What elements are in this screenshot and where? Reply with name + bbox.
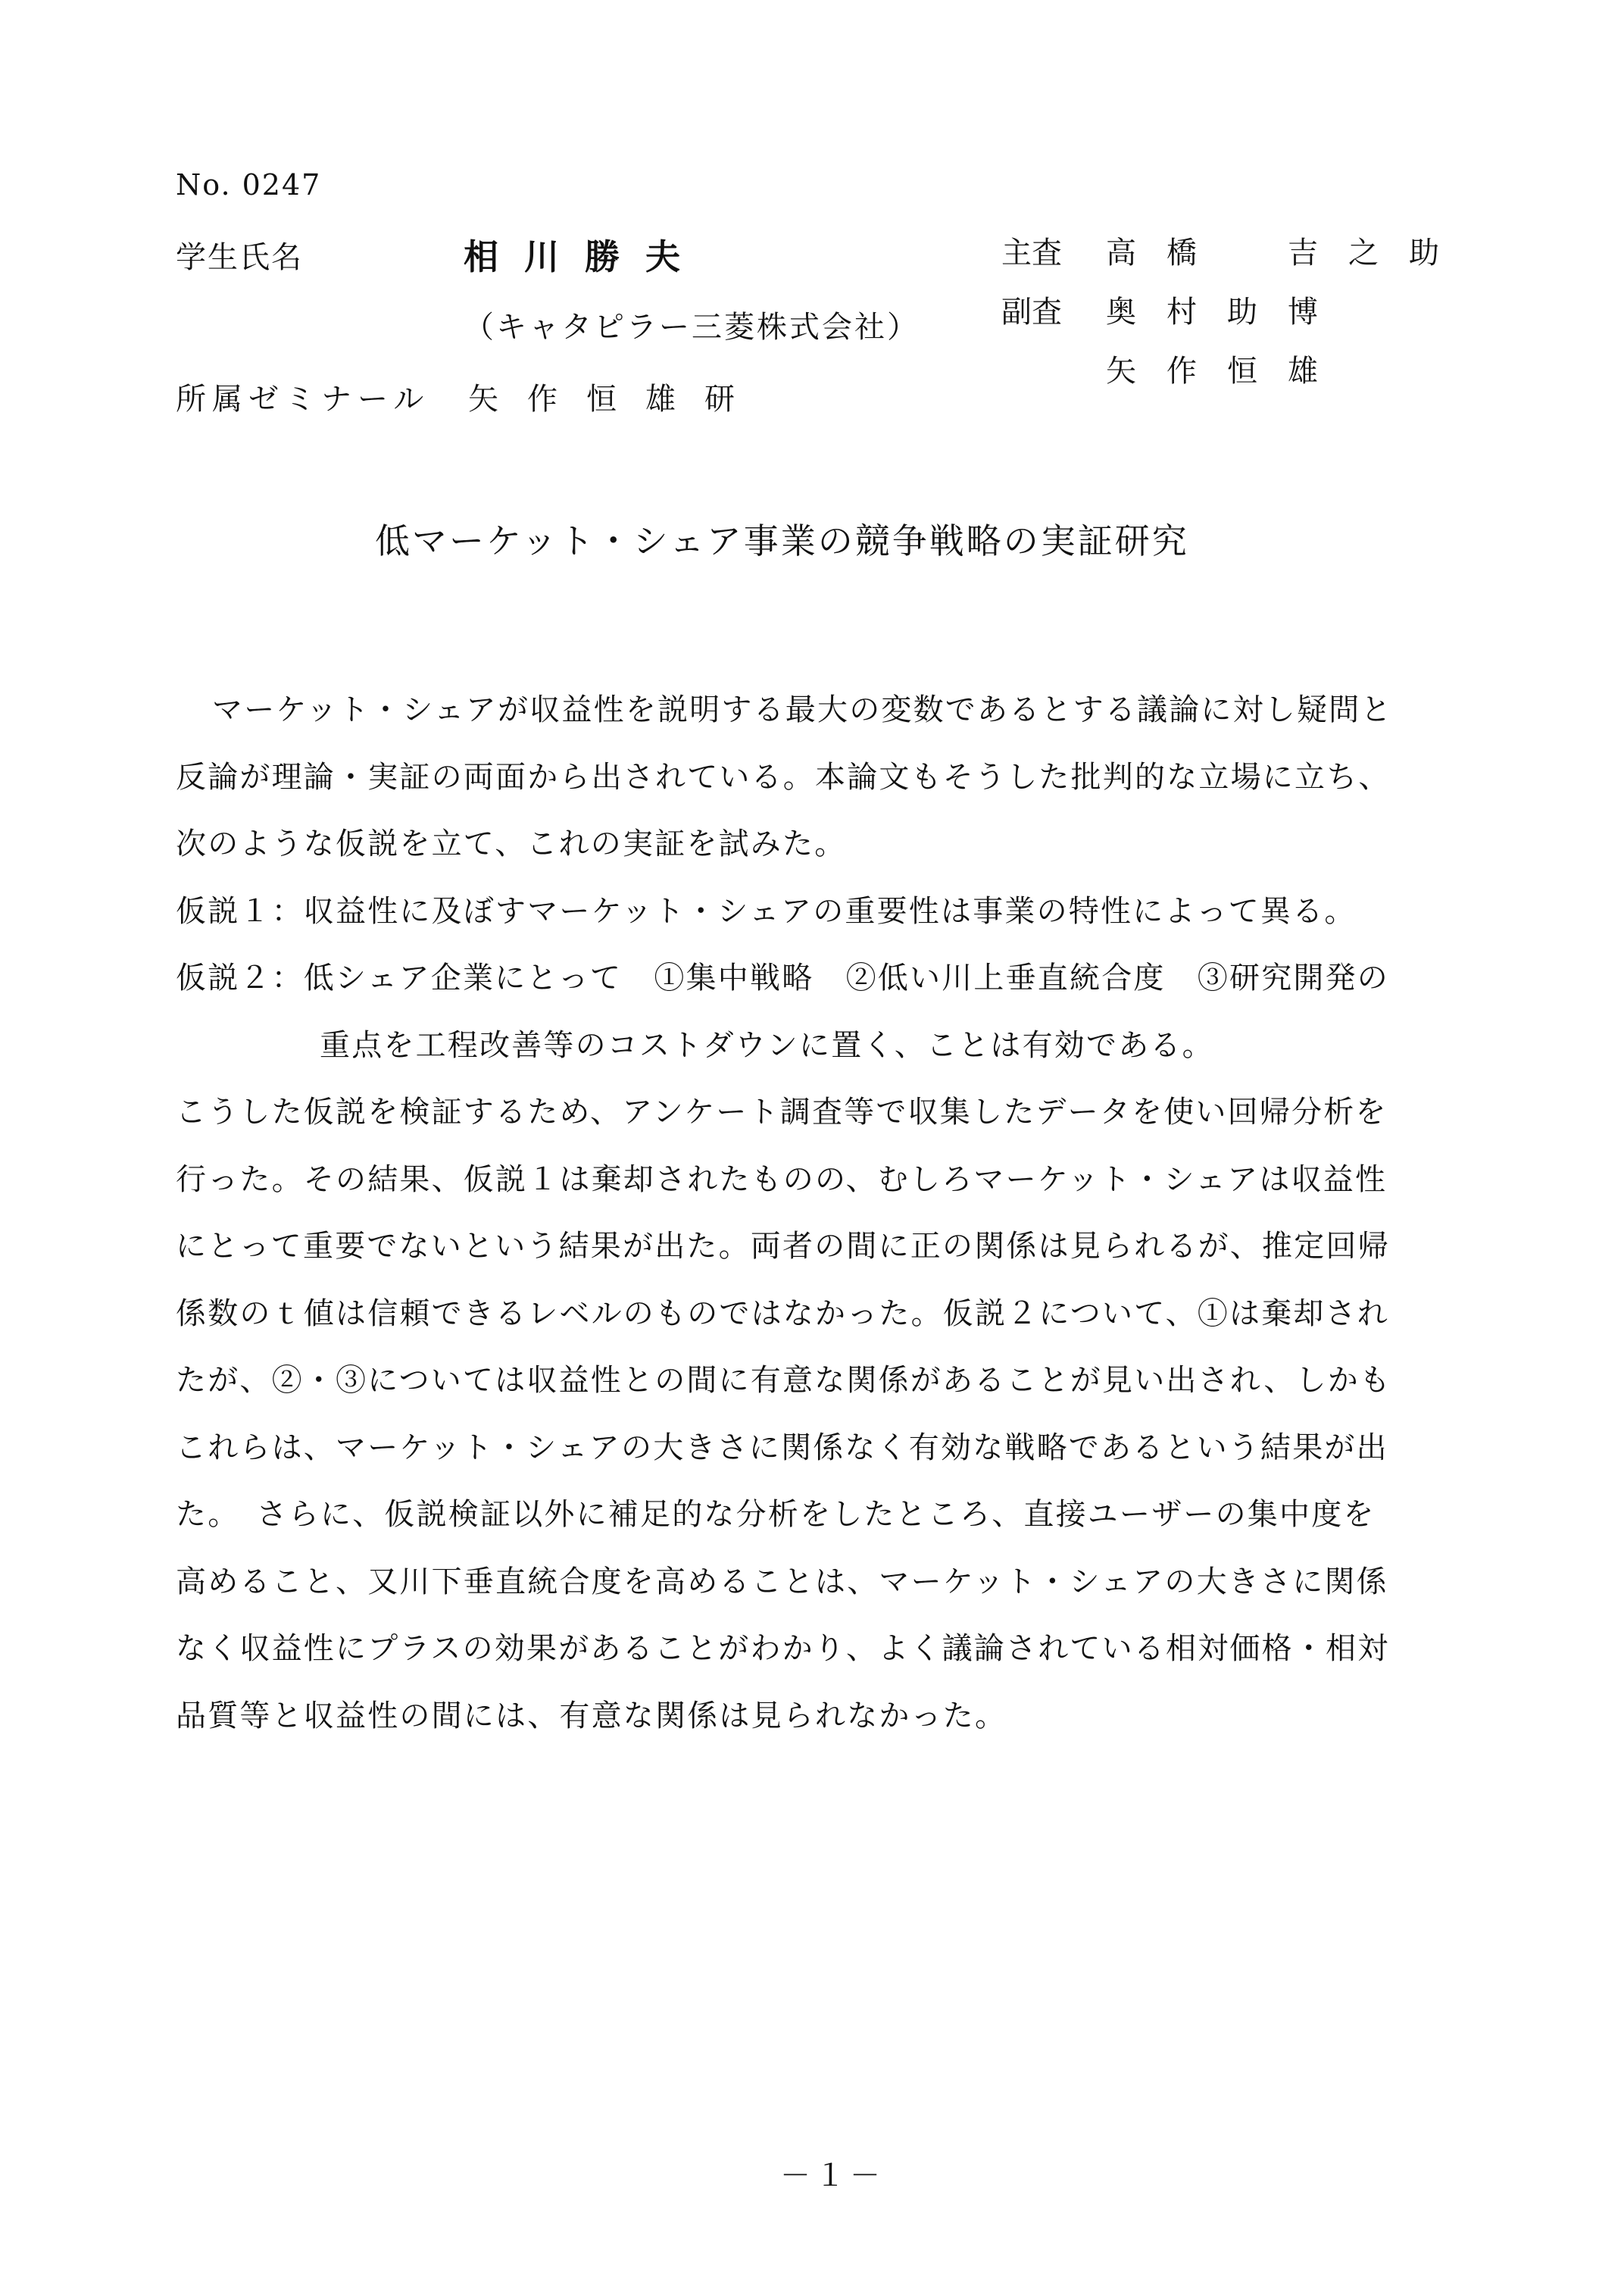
body-line: た。 さらに、仮説検証以外に補足的な分析をしたところ、直接ユーザーの集中度を — [176, 1481, 1524, 1549]
body-line: 係数のｔ値は信頼できるレベルのものではなかった。仮説２について、①は棄却され — [176, 1280, 1524, 1348]
student-name: 相川勝夫 — [464, 230, 706, 280]
document-number: No. 0247 — [176, 168, 321, 202]
hypothesis-2: 仮説２：低シェア企業にとって ①集中戦略 ②低い川上垂直統合度 ③研究開発の — [176, 945, 1524, 1012]
body-line: たが、②・③については収益性との間に有意な関係があることが見い出され、しかも — [176, 1347, 1524, 1414]
thesis-title: 低マーケット・シェア事業の競争戦略の実証研究 — [375, 514, 1189, 564]
hypothesis-1: 仮説１：収益性に及ぼすマーケット・シェアの重要性は事業の特性によって異る。 — [176, 878, 1524, 945]
body-line: マーケット・シェアが収益性を説明する最大の変数であるとする議論に対し疑問と — [176, 677, 1524, 744]
body-line: にとって重要でないという結果が出た。両者の間に正の関係は見られるが、推定回帰 — [176, 1213, 1524, 1280]
sub-examiner-name-2: 矢作恒雄 — [1106, 347, 1348, 390]
body-line: 行った。その結果、仮説１は棄却されたものの、むしろマーケット・シェアは収益性 — [176, 1146, 1524, 1214]
body-line: なく収益性にプラスの効果があることがわかり、よく議論されている相対価格・相対 — [176, 1615, 1524, 1683]
body-line: 反論が理論・実証の両面から出されている。本論文もそうした批判的な立場に立ち、 — [176, 744, 1524, 811]
body-line: 高めること、又川下垂直統合度を高めることは、マーケット・シェアの大きさに関係 — [176, 1549, 1524, 1616]
hypothesis-2-continued: 重点を工程改善等のコストダウンに置く、ことは有効である。 — [176, 1012, 1524, 1080]
abstract-body: マーケット・シェアが収益性を説明する最大の変数であるとする議論に対し疑問と 反論… — [176, 677, 1524, 1749]
student-company: （キャタピラー三菱株式会社） — [464, 303, 920, 346]
chief-examiner-label: 主査 — [1001, 229, 1062, 272]
body-line: これらは、マーケット・シェアの大きさに関係なく有効な戦略であるという結果が出 — [176, 1414, 1524, 1482]
body-line: 品質等と収益性の間には、有意な関係は見られなかった。 — [176, 1683, 1524, 1750]
student-name-label: 学生氏名 — [176, 233, 303, 277]
seminar-label: 所属ゼミナール — [176, 375, 429, 418]
seminar-value: 矢作恒雄研 — [468, 375, 764, 418]
sub-examiner-label: 副査 — [1001, 288, 1062, 331]
body-line: こうした仮説を検証するため、アンケート調査等で収集したデータを使い回帰分析を — [176, 1079, 1524, 1146]
body-line: 次のような仮説を立て、これの実証を試みた。 — [176, 811, 1524, 878]
page-number: －１－ — [780, 2152, 885, 2195]
chief-examiner-name: 高橋 吉之助 — [1106, 229, 1469, 272]
sub-examiner-name-1: 奥村助博 — [1106, 288, 1348, 331]
